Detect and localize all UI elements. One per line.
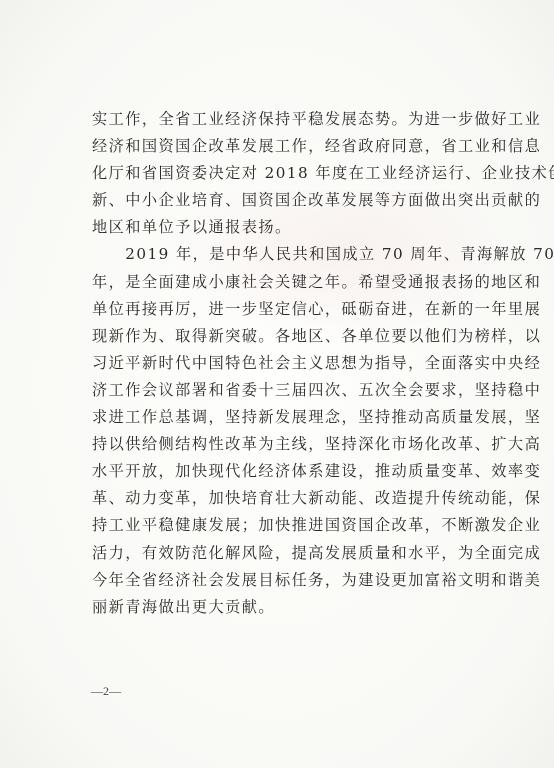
text-line: 丽新青海做出更大贡献。: [92, 594, 485, 621]
text-line: 持以供给侧结构性改革为主线，坚持深化市场化改革、扩大高: [92, 431, 485, 458]
text-line: 活力，有效防范化解风险，提高发展质量和水平，为全面完成: [92, 540, 485, 567]
text-line: 济工作会议部署和省委十三届四次、五次全会要求，坚持稳中: [92, 377, 485, 404]
text-line: 今年全省经济社会发展目标任务，为建设更加富裕文明和谐美: [92, 567, 485, 594]
text-line: 求进工作总基调，坚持新发展理念，坚持推动高质量发展，坚: [92, 404, 485, 431]
text-line: 水平开放，加快现代化经济体系建设，推动质量变革、效率变: [92, 458, 485, 485]
text-line: 新、中小企业培育、国资国企改革发展等方面做出突出贡献的: [92, 187, 485, 214]
text-line: 地区和单位予以通报表扬。: [92, 214, 485, 241]
document-body: 实工作，全省工业经济保持平稳发展态势。为进一步做好工业 经济和国资国企改革发展工…: [92, 106, 485, 621]
text-line: 年，是全面建成小康社会关键之年。希望受通报表扬的地区和: [92, 269, 485, 296]
text-line: 2019 年，是中华人民共和国成立 70 周年、青海解放 70 周: [92, 241, 485, 268]
text-line: 现新作为、取得新突破。各地区、各单位要以他们为榜样，以: [92, 323, 485, 350]
text-line: 实工作，全省工业经济保持平稳发展态势。为进一步做好工业: [92, 106, 485, 133]
text-line: 经济和国资国企改革发展工作，经省政府同意，省工业和信息: [92, 133, 485, 160]
text-line: 单位再接再厉，进一步坚定信心，砥砺奋进，在新的一年里展: [92, 296, 485, 323]
text-line: 化厅和省国资委决定对 2018 年度在工业经济运行、企业技术创: [92, 160, 485, 187]
text-line: 革、动力变革，加快培育壮大新动能、改造提升传统动能，保: [92, 485, 485, 512]
page-number: —2—: [91, 684, 121, 699]
text-line: 习近平新时代中国特色社会主义思想为指导，全面落实中央经: [92, 350, 485, 377]
scanned-page: 实工作，全省工业经济保持平稳发展态势。为进一步做好工业 经济和国资国企改革发展工…: [0, 0, 554, 768]
text-line: 持工业平稳健康发展；加快推进国资国企改革，不断激发企业: [92, 512, 485, 539]
